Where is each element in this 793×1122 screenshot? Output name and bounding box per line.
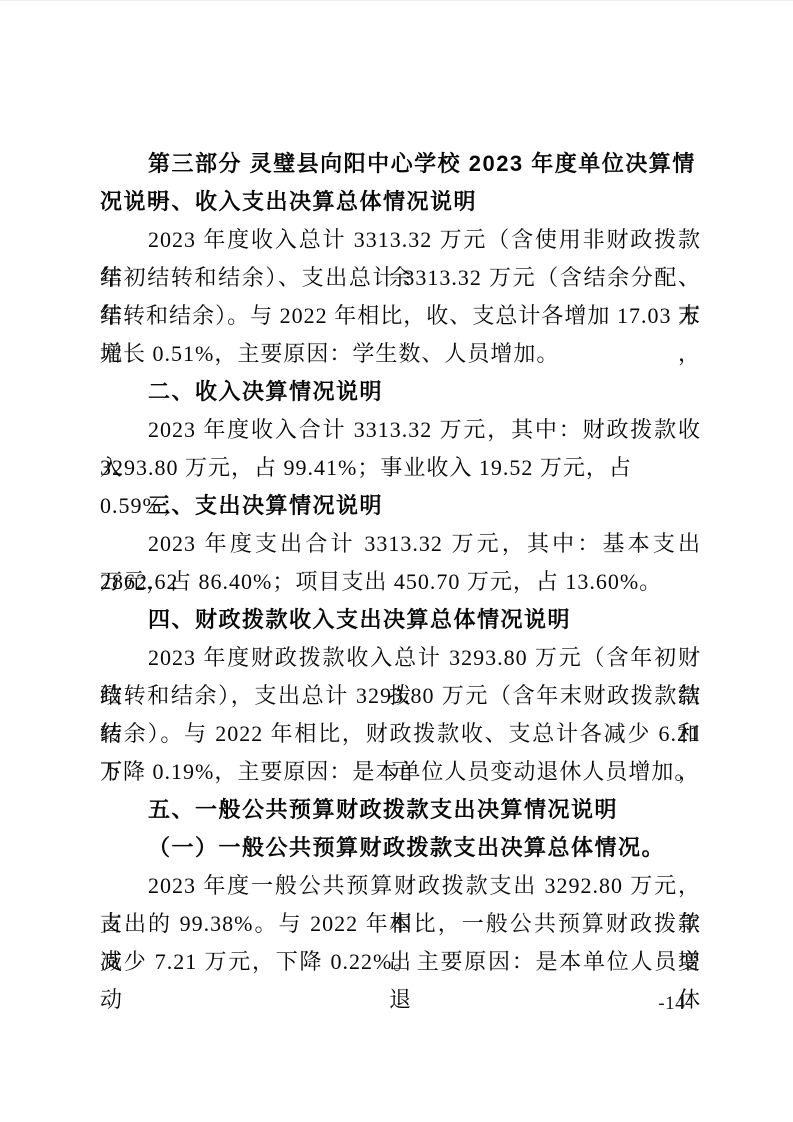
section-4-paragraph-line: 下降 0.19%，主要原因：是本单位人员变动退休人员增加。	[100, 753, 701, 791]
document-body: 第三部分 灵璧县向阳中心学校 2023 年度单位决算情况说明 一、收入支出决算总…	[100, 145, 701, 981]
section-1-paragraph-line: 年初结转和结余）、支出总计 3313.32 万元（含结余分配、年末	[100, 259, 701, 297]
section-5-subheading: （一）一般公共预算财政拨款支出决算总体情况。	[100, 829, 701, 867]
section-2-heading: 二、收入决算情况说明	[100, 373, 701, 411]
section-5-paragraph-line: 减少 7.21 万元，下降 0.22%。主要原因：是本单位人员变动退休	[100, 943, 701, 981]
section-4-heading: 四、财政拨款收入支出决算总体情况说明	[100, 601, 701, 639]
section-4-paragraph-line: 2023 年度财政拨款收入总计 3293.80 万元（含年初财政拨款	[100, 639, 701, 677]
section-4-paragraph-line: 结转和结余），支出总计 3293.80 万元（含年末财政拨款结转和	[100, 677, 701, 715]
document-page: 第三部分 灵璧县向阳中心学校 2023 年度单位决算情况说明 一、收入支出决算总…	[0, 0, 793, 1122]
section-5-paragraph-line: 2023 年度一般公共预算财政拨款支出 3292.80 万元，占本年	[100, 867, 701, 905]
section-2-paragraph-line: 2023 年度收入合计 3313.32 万元，其中：财政拨款收入	[100, 411, 701, 449]
section-3-paragraph-line: 万元，占 86.40%；项目支出 450.70 万元，占 13.60%。	[100, 563, 701, 601]
section-5-heading: 五、一般公共预算财政拨款支出决算情况说明	[100, 791, 701, 829]
section-1-heading: 一、收入支出决算总体情况说明	[100, 183, 701, 221]
section-3-paragraph-line: 2023 年度支出合计 3313.32 万元，其中：基本支出 2862.62	[100, 525, 701, 563]
section-1-paragraph-line: 结转和结余）。与 2022 年相比，收、支总计各增加 17.03 万元，	[100, 297, 701, 335]
document-title: 第三部分 灵璧县向阳中心学校 2023 年度单位决算情况说明	[100, 145, 701, 183]
section-2-paragraph-line: 3293.80 万元，占 99.41%；事业收入 19.52 万元，占 0.59…	[100, 449, 701, 487]
page-number: -14-	[658, 993, 692, 1015]
section-5-paragraph-line: 支出的 99.38%。与 2022 年相比，一般公共预算财政拨款支出增	[100, 905, 701, 943]
section-4-paragraph-line: 结余）。与 2022 年相比，财政拨款收、支总计各减少 6.21 万元，	[100, 715, 701, 753]
section-1-paragraph-line: 2023 年度收入总计 3313.32 万元（含使用非财政拨款结余、	[100, 221, 701, 259]
section-3-heading: 三、支出决算情况说明	[100, 487, 701, 525]
